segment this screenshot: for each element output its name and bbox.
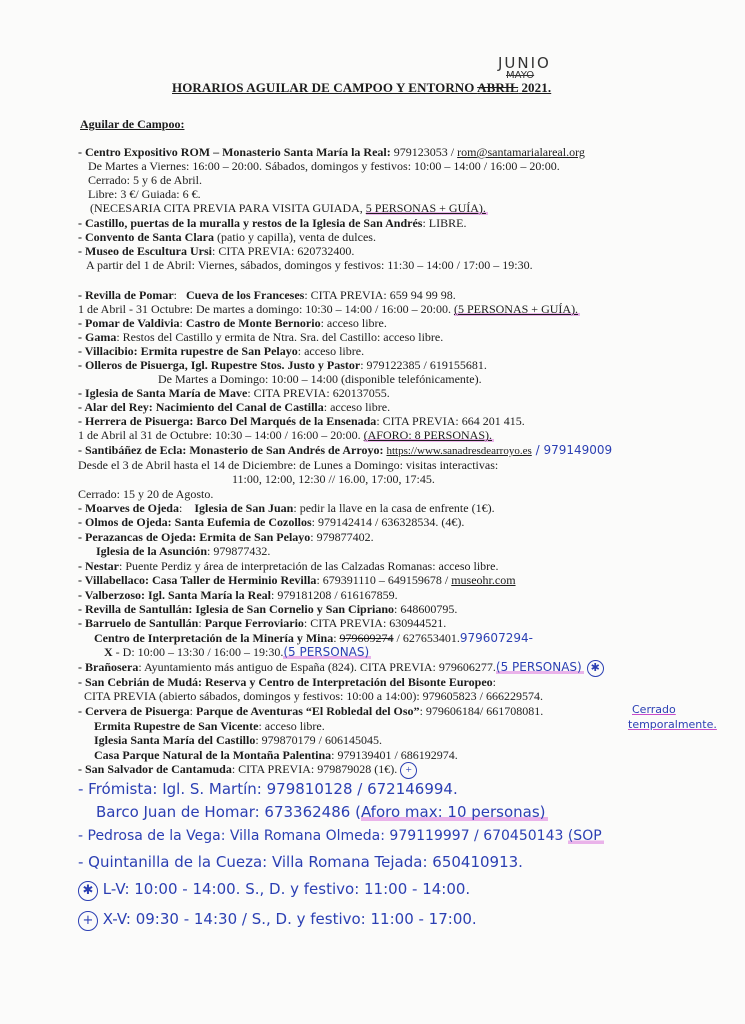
entry-rom: - Centro Expositivo ROM – Monasterio San…	[78, 145, 585, 159]
entry-valberzoso: - Valberzoso: Igl. Santa María la Real: …	[78, 588, 398, 602]
section-title: Aguilar de Campoo:	[80, 117, 184, 132]
handwritten-quintanilla: - Quintanilla de la Cueza: Villa Romana …	[78, 853, 523, 871]
document-title: HORARIOS AGUILAR DE CAMPOO Y ENTORNO ABR…	[172, 80, 551, 96]
entry-museo-hours: A partir del 1 de Abril: Viernes, sábado…	[86, 258, 533, 272]
title-struck-month: ABRIL	[477, 80, 518, 95]
entry-olleros: - Olleros de Pisuerga, Igl. Rupestre Sto…	[78, 358, 487, 372]
entry-barruelo-centro: Centro de Interpretación de la Minería y…	[94, 631, 533, 645]
email-link[interactable]: rom@santamarialareal.org	[457, 145, 585, 159]
entry-villabellaco: - Villabellaco: Casa Taller de Herminio …	[78, 573, 516, 587]
asterisk-mark-icon: ✱	[78, 881, 98, 901]
asterisk-mark-icon: ✱	[587, 660, 604, 677]
entry-barruelo-hours: X - D: 10:00 – 13:30 / 16:00 – 19:30.(5 …	[104, 645, 371, 659]
entry-olmos: - Olmos de Ojeda: Santa Eufemia de Cozol…	[78, 515, 464, 529]
entry-rom-note: (NECESARIA CITA PREVIA PARA VISITA GUIAD…	[90, 201, 488, 215]
handwritten-barco: Barco Juan de Homar: 673362486 (Aforo ma…	[96, 803, 548, 821]
entry-san-cebrian: - San Cebrián de Mudá: Reserva y Centro …	[78, 675, 496, 689]
museohr-link[interactable]: museohr.com	[451, 573, 515, 587]
entry-herrera-hours: 1 de Abril al 31 de Octubre: 10:30 – 14:…	[78, 428, 494, 442]
handwritten-footnote-plus: + X-V: 09:30 - 14:30 / S., D. y festivo:…	[78, 910, 477, 931]
entry-santibanez: - Santibáñez de Ecla: Monasterio de San …	[78, 443, 612, 458]
entry-san-salvador: - San Salvador de Cantamuda: CITA PREVIA…	[78, 762, 417, 779]
website-link[interactable]: https://www.sanadresdearroyo.es	[386, 445, 531, 457]
entry-rom-prices: Libre: 3 €/ Guiada: 6 €.	[88, 187, 201, 201]
entry-rom-hours: De Martes a Viernes: 16:00 – 20:00. Sába…	[88, 159, 560, 173]
entry-barruelo: - Barruelo de Santullán: Parque Ferrovia…	[78, 616, 446, 630]
handwritten-fromista: - Frómista: Igl. S. Martín: 979810128 / …	[78, 780, 458, 798]
handwritten-footnote-star: ✱ L-V: 10:00 - 14:00. S., D. y festivo: …	[78, 880, 470, 901]
entry-santibanez-hours: Desde el 3 de Abril hasta el 14 de Dicie…	[78, 458, 498, 472]
cervera-handwritten-note-2: temporalmente.	[628, 718, 717, 731]
entry-gama: - Gama: Restos del Castillo y ermita de …	[78, 330, 443, 344]
entry-moarves: - Moarves de Ojeda: Iglesia de San Juan:…	[78, 501, 495, 515]
entry-san-cebrian-hours: CITA PREVIA (abierto sábados, domingos y…	[84, 689, 543, 703]
plus-mark-icon: +	[400, 762, 417, 779]
entry-revilla-santullan: - Revilla de Santullán: Iglesia de San C…	[78, 602, 457, 616]
entry-alar: - Alar del Rey: Nacimiento del Canal de …	[78, 400, 390, 414]
entry-castillo: - Castillo, puertas de la muralla y rest…	[78, 216, 466, 230]
document-page: JUNIO MAYO HORARIOS AGUILAR DE CAMPOO Y …	[0, 0, 745, 1024]
entry-revilla-pomar: - Revilla de Pomar: Cueva de los Frances…	[78, 288, 456, 302]
entry-revilla-pomar-hours: 1 de Abril - 31 Octubre: De martes a dom…	[78, 302, 580, 316]
entry-perazancas: - Perazancas de Ojeda: Ermita de San Pel…	[78, 530, 374, 544]
entry-olleros-hours: De Martes a Domingo: 10:00 – 14:00 (disp…	[158, 372, 482, 386]
entry-santibanez-closed: Cerrado: 15 y 20 de Agosto.	[78, 487, 213, 501]
entry-cervera: - Cervera de Pisuerga: Parque de Aventur…	[78, 704, 543, 718]
cervera-handwritten-note-1: Cerrado	[632, 703, 676, 716]
entry-herrera: - Herrera de Pisuerga: Barco Del Marqués…	[78, 414, 525, 428]
entry-mave: - Iglesia de Santa María de Mave: CITA P…	[78, 386, 390, 400]
entry-museo: - Museo de Escultura Ursi: CITA PREVIA: …	[78, 244, 354, 258]
entry-cervera-iglesia: Iglesia Santa María del Castillo: 979870…	[94, 733, 382, 747]
entry-rom-closed: Cerrado: 5 y 6 de Abril.	[88, 173, 202, 187]
entry-cervera-ermita: Ermita Rupestre de San Vicente: acceso l…	[94, 719, 325, 733]
entry-pomar: - Pomar de Valdivia: Castro de Monte Ber…	[78, 316, 387, 330]
entry-villacibio: - Villacibio: Ermita rupestre de San Pel…	[78, 344, 364, 358]
plus-mark-icon: +	[78, 911, 98, 931]
entry-convento: - Convento de Santa Clara (patio y capil…	[78, 230, 376, 244]
entry-santibanez-times: 11:00, 12:00, 12:30 // 16.00, 17:00, 17:…	[232, 472, 435, 486]
handwritten-pedrosa: - Pedrosa de la Vega: Villa Romana Olmed…	[78, 828, 604, 844]
entry-nestar: - Nestar: Puente Perdiz y área de interp…	[78, 559, 499, 573]
entry-perazancas-sub: Iglesia de la Asunción: 979877432.	[96, 544, 270, 558]
entry-cervera-casa: Casa Parque Natural de la Montaña Palent…	[94, 748, 458, 762]
